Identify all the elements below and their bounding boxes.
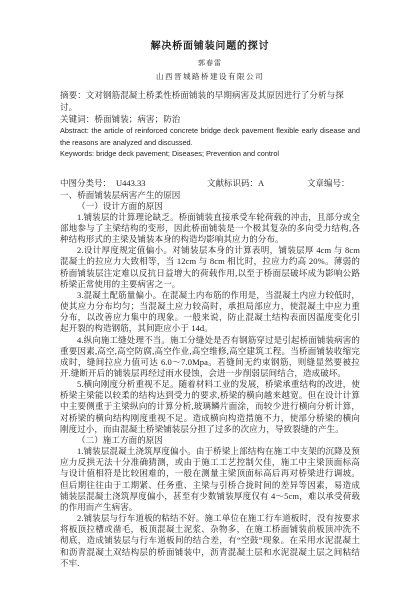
- abstract-block: 摘要：文对钢筋混凝土桥柔性桥面铺装的早期病害及其原因进行了分析与探讨。 关键词：…: [60, 89, 360, 160]
- body-paragraph: 3.混凝土配筋量偏小。在混凝土内布筋的作用是，当混凝土内应力较低时，使其应力分布…: [60, 290, 360, 335]
- body-paragraph: 2.铺装层与行车道板的粘结不好。施工单位在施工行车道板时，没有按要求将板顶拉槽或…: [60, 513, 360, 569]
- clc-label: 中图分类号：: [60, 178, 111, 188]
- body-paragraph: （二）施工方面的原因: [60, 435, 360, 446]
- document-code-label: 文献标识码：: [207, 178, 258, 188]
- clc-value: U443.33: [116, 178, 146, 188]
- body-paragraph: （一）设计方面的原因: [60, 201, 360, 212]
- page-title: 解决桥面铺装问题的探讨: [60, 40, 360, 53]
- author-name: 郭春雷: [60, 59, 360, 68]
- keywords-english: Keywords: bridge deck pavement; Diseases…: [60, 148, 360, 160]
- body-paragraph: 5.横向刚度分析重视不足。随着材料工业的发展，桥梁承重结构的改进，使桥梁主梁能以…: [60, 379, 360, 435]
- article-body: 一、桥面铺装层病害产生的原因（一）设计方面的原因1.铺装层的计算理论缺乏。桥面铺…: [60, 190, 360, 569]
- article-number: 文章编号：: [307, 177, 350, 189]
- author-affiliation: 山西晋城路桥建设有限公司: [60, 72, 360, 82]
- body-paragraph: 1.铺装层混凝土浇筑厚度偏小。由于桥梁上部结构在施工中支架的沉降及预应力反拱无法…: [60, 446, 360, 513]
- body-paragraph: 1.铺装层的计算理论缺乏。桥面铺装直接承受车轮荷载的冲击，且部分或全部地参与了主…: [60, 212, 360, 245]
- article-meta-line: 中图分类号：U443.33 文献标识码：A 文章编号：: [60, 177, 360, 189]
- body-paragraph: 一、桥面铺装层病害产生的原因: [60, 190, 360, 201]
- keywords-chinese: 关键词：桥面铺装；病害；防治: [60, 113, 360, 125]
- abstract-english: Abstract: the article of reinforced conc…: [60, 125, 360, 148]
- abstract-chinese: 摘要：文对钢筋混凝土桥柔性桥面铺装的早期病害及其原因进行了分析与探讨。: [60, 89, 360, 113]
- body-paragraph: 2.设计厚度规定值偏小。对铺装层本身的计算表明，铺装层厚 4cm 与 8cm 混…: [60, 245, 360, 290]
- clc-number: 中图分类号：U443.33: [60, 177, 207, 189]
- document-code: 文献标识码：A: [207, 177, 307, 189]
- document-page: 解决桥面铺装问题的探讨 郭春雷 山西晋城路桥建设有限公司 摘要：文对钢筋混凝土桥…: [0, 0, 417, 590]
- body-paragraph: 4.纵向施工缝处理不当。施工分缝处是否有钢筋穿过是引起桥面铺装病害的重要因素,高…: [60, 335, 360, 380]
- document-code-value: A: [258, 178, 264, 188]
- article-number-label: 文章编号：: [307, 178, 350, 188]
